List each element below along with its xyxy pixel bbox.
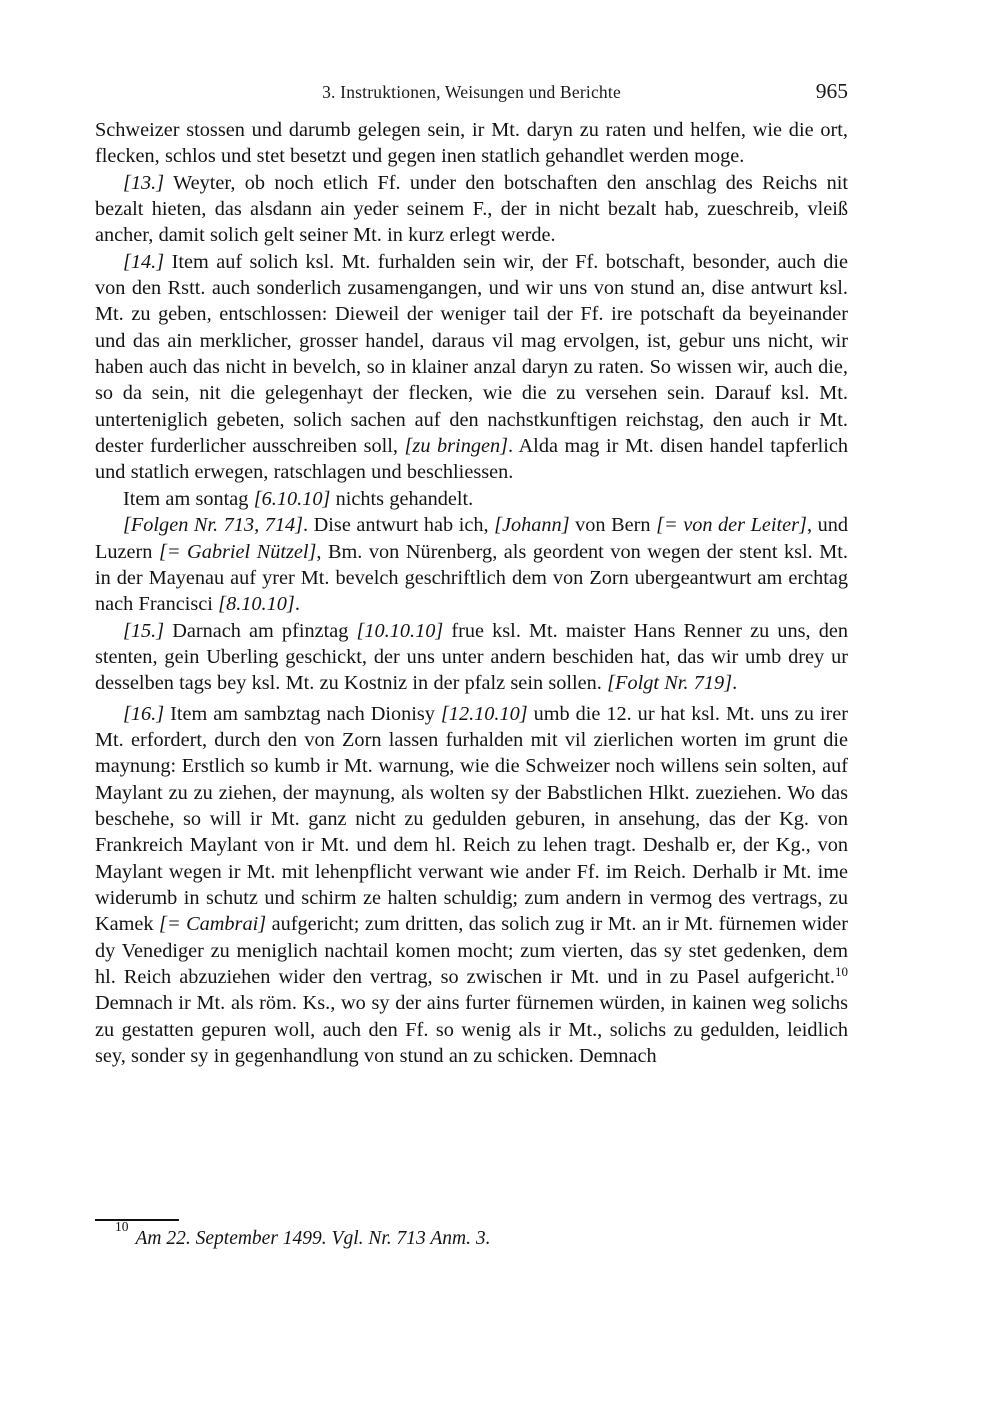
footnote-reference: 10 bbox=[835, 964, 848, 979]
text-run: . bbox=[295, 593, 300, 615]
editorial-insertion: [= Cambrai] bbox=[159, 913, 266, 935]
footnote: 10Am 22. September 1499. Vgl. Nr. 713 An… bbox=[95, 1226, 848, 1252]
text-run: Demnach ir Mt. als röm. Ks., wo sy der a… bbox=[95, 992, 848, 1067]
text-body: Schweizer stossen und darumb gelegen sei… bbox=[95, 117, 848, 1069]
editorial-insertion: [6.10.10] bbox=[254, 488, 331, 510]
text-run: nichts gehandelt. bbox=[330, 488, 473, 510]
editorial-insertion: [12.10.10] bbox=[441, 703, 528, 725]
paragraph: Schweizer stossen und darumb gelegen sei… bbox=[95, 117, 848, 170]
editorial-insertion: [zu bringen] bbox=[405, 435, 508, 457]
editorial-insertion: [15.] bbox=[123, 620, 164, 642]
text-run: Item am sontag bbox=[123, 488, 254, 510]
editorial-insertion: [16.] bbox=[123, 703, 164, 725]
editorial-insertion: [10.10.10] bbox=[357, 620, 444, 642]
paragraph: [16.] Item am sambztag nach Dionisy [12.… bbox=[95, 701, 848, 1070]
editorial-insertion: [14.] bbox=[123, 251, 164, 273]
paragraph: [15.] Darnach am pfinztag [10.10.10] fru… bbox=[95, 618, 848, 697]
text-run: Schweizer stossen und darumb gelegen sei… bbox=[95, 119, 848, 167]
editorial-insertion: [Johann] bbox=[494, 514, 570, 536]
running-head: 3. Instruktionen, Weisungen und Berichte… bbox=[95, 82, 848, 106]
editorial-insertion: [Folgen Nr. 713, 714] bbox=[123, 514, 303, 536]
book-page: 3. Instruktionen, Weisungen und Berichte… bbox=[0, 0, 1004, 1418]
paragraph: [13.] Weyter, ob noch etlich Ff. under d… bbox=[95, 170, 848, 249]
footnote-separator-rule bbox=[95, 1219, 179, 1221]
page-number: 965 bbox=[816, 79, 848, 104]
text-run: von Bern bbox=[570, 514, 656, 536]
footnote-text: Am 22. September 1499. Vgl. Nr. 713 Anm.… bbox=[136, 1228, 491, 1249]
running-head-title: 3. Instruktionen, Weisungen und Berichte bbox=[95, 82, 848, 103]
text-run: Weyter, ob noch etlich Ff. under den bot… bbox=[95, 172, 848, 247]
editorial-insertion: [8.10.10] bbox=[218, 593, 295, 615]
text-run: Item auf solich ksl. Mt. furhalden sein … bbox=[95, 251, 848, 457]
editorial-insertion: [13.] bbox=[123, 172, 164, 194]
paragraph: [14.] Item auf solich ksl. Mt. furhalden… bbox=[95, 249, 848, 486]
text-run: Item am sambztag nach Dionisy bbox=[164, 703, 441, 725]
text-run: Darnach am pfinztag bbox=[164, 620, 356, 642]
text-run: . Dise antwurt hab ich, bbox=[303, 514, 494, 536]
text-run: umb die 12. ur hat ksl. Mt. uns zu irer … bbox=[95, 703, 848, 936]
footnote-block: 10Am 22. September 1499. Vgl. Nr. 713 An… bbox=[95, 1219, 848, 1252]
editorial-insertion: [Folgt Nr. 719] bbox=[607, 672, 732, 694]
editorial-insertion: [= von der Leiter] bbox=[656, 514, 807, 536]
text-run: . bbox=[732, 672, 737, 694]
footnote-marker: 10 bbox=[115, 1219, 129, 1234]
paragraph: Item am sontag [6.10.10] nichts gehandel… bbox=[95, 486, 848, 512]
editorial-insertion: [= Gabriel Nützel] bbox=[159, 541, 316, 563]
paragraph: [Folgen Nr. 713, 714]. Dise antwurt hab … bbox=[95, 512, 848, 617]
